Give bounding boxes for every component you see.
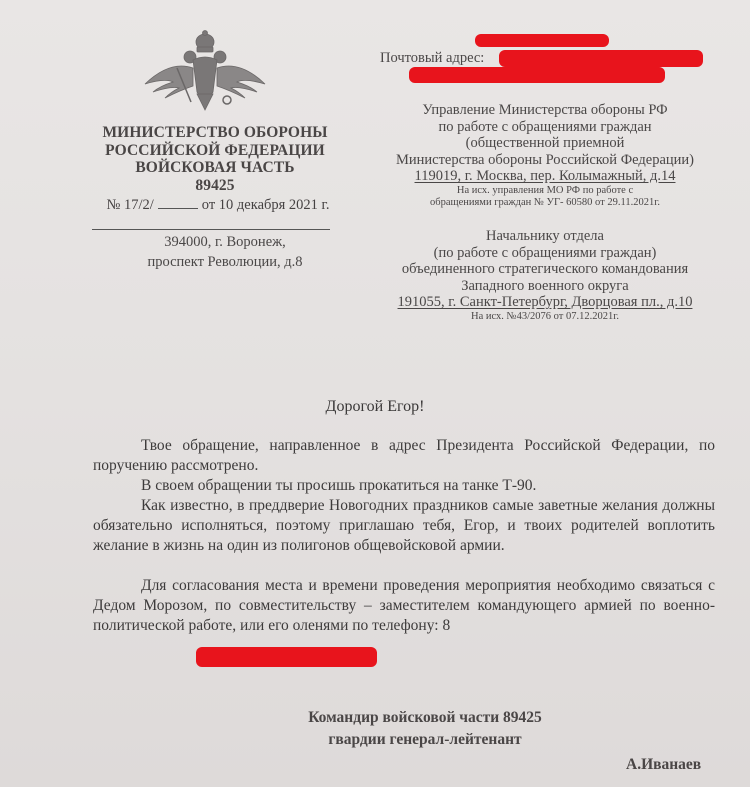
sender-address: 394000, г. Воронеж, проспект Революции, … bbox=[100, 232, 350, 272]
paragraph: Как известно, в преддверие Новогодних пр… bbox=[93, 496, 715, 556]
recipient-line: (по работе с обращениями граждан) bbox=[360, 245, 730, 262]
header-divider bbox=[92, 229, 330, 230]
postal-address-label: Почтовый адрес: bbox=[380, 50, 484, 67]
recipient-ref: На исх. №43/2076 от 07.12.2021г. bbox=[360, 311, 730, 324]
recipient-block-moscow: Управление Министерства обороны РФ по ра… bbox=[360, 102, 730, 210]
recipient-line: Западного военного округа bbox=[360, 278, 730, 295]
paragraph-text: Для согласования места и времени проведе… bbox=[93, 577, 715, 634]
org-line: МИНИСТЕРСТВО ОБОРОНЫ bbox=[80, 124, 350, 142]
unit-number: 89425 bbox=[80, 177, 350, 195]
paragraph-text: В своем обращении ты просишь прокатиться… bbox=[141, 477, 536, 494]
org-line: ВОЙСКОВАЯ ЧАСТЬ bbox=[80, 159, 350, 177]
redaction-mark bbox=[475, 34, 609, 47]
paragraph-text: Как известно, в преддверие Новогодних пр… bbox=[93, 497, 715, 554]
paragraph: В своем обращении ты просишь прокатиться… bbox=[93, 476, 715, 496]
paragraph: Твое обращение, направленное в адрес Пре… bbox=[93, 436, 715, 476]
paragraph-text: Твое обращение, направленное в адрес Пре… bbox=[93, 437, 715, 474]
signature-line: гвардии генерал-лейтенант bbox=[280, 729, 570, 751]
recipient-line: объединенного стратегического командован… bbox=[360, 261, 730, 278]
recipient-line: Министерства обороны Российской Федераци… bbox=[360, 152, 730, 169]
reference-number-line: № 17/2/от 10 декабря 2021 г. bbox=[88, 196, 348, 214]
signature-line: Командир войсковой части 89425 bbox=[280, 707, 570, 729]
recipient-ref: На исх. управления МО РФ по работе с bbox=[360, 185, 730, 198]
ref-prefix: № 17/2/ bbox=[107, 197, 154, 213]
redaction-mark bbox=[409, 67, 665, 83]
recipient-line: Начальнику отдела bbox=[360, 228, 730, 245]
paragraph: Для согласования места и времени проведе… bbox=[93, 576, 715, 636]
sender-organization: МИНИСТЕРСТВО ОБОРОНЫ РОССИЙСКОЙ ФЕДЕРАЦИ… bbox=[80, 124, 350, 194]
recipient-address: 119019, г. Москва, пер. Колымажный, д.14 bbox=[360, 168, 730, 185]
recipient-line: (общественной приемной bbox=[360, 135, 730, 152]
double-headed-eagle-emblem-icon bbox=[135, 30, 275, 112]
ref-date: от 10 декабря 2021 г. bbox=[202, 197, 330, 213]
recipient-block-spb: Начальнику отдела (по работе с обращения… bbox=[360, 228, 730, 323]
recipient-address: 191055, г. Санкт-Петербург, Дворцовая пл… bbox=[360, 294, 730, 311]
phone-redaction-mark bbox=[196, 647, 377, 667]
greeting: Дорогой Егор! bbox=[0, 398, 750, 416]
address-line: 394000, г. Воронеж, bbox=[100, 232, 350, 252]
address-line: проспект Революции, д.8 bbox=[100, 252, 350, 272]
org-line: РОССИЙСКОЙ ФЕДЕРАЦИИ bbox=[80, 142, 350, 160]
recipient-line: Управление Министерства обороны РФ bbox=[360, 102, 730, 119]
recipient-line: по работе с обращениями граждан bbox=[360, 119, 730, 136]
recipient-ref: обращениями граждан № УГ- 60580 от 29.11… bbox=[360, 197, 730, 210]
ref-blank bbox=[158, 196, 198, 209]
signatory-name: А.Иванаев bbox=[626, 756, 701, 774]
signature-title: Командир войсковой части 89425 гвардии г… bbox=[280, 707, 570, 751]
redaction-mark bbox=[499, 50, 703, 67]
